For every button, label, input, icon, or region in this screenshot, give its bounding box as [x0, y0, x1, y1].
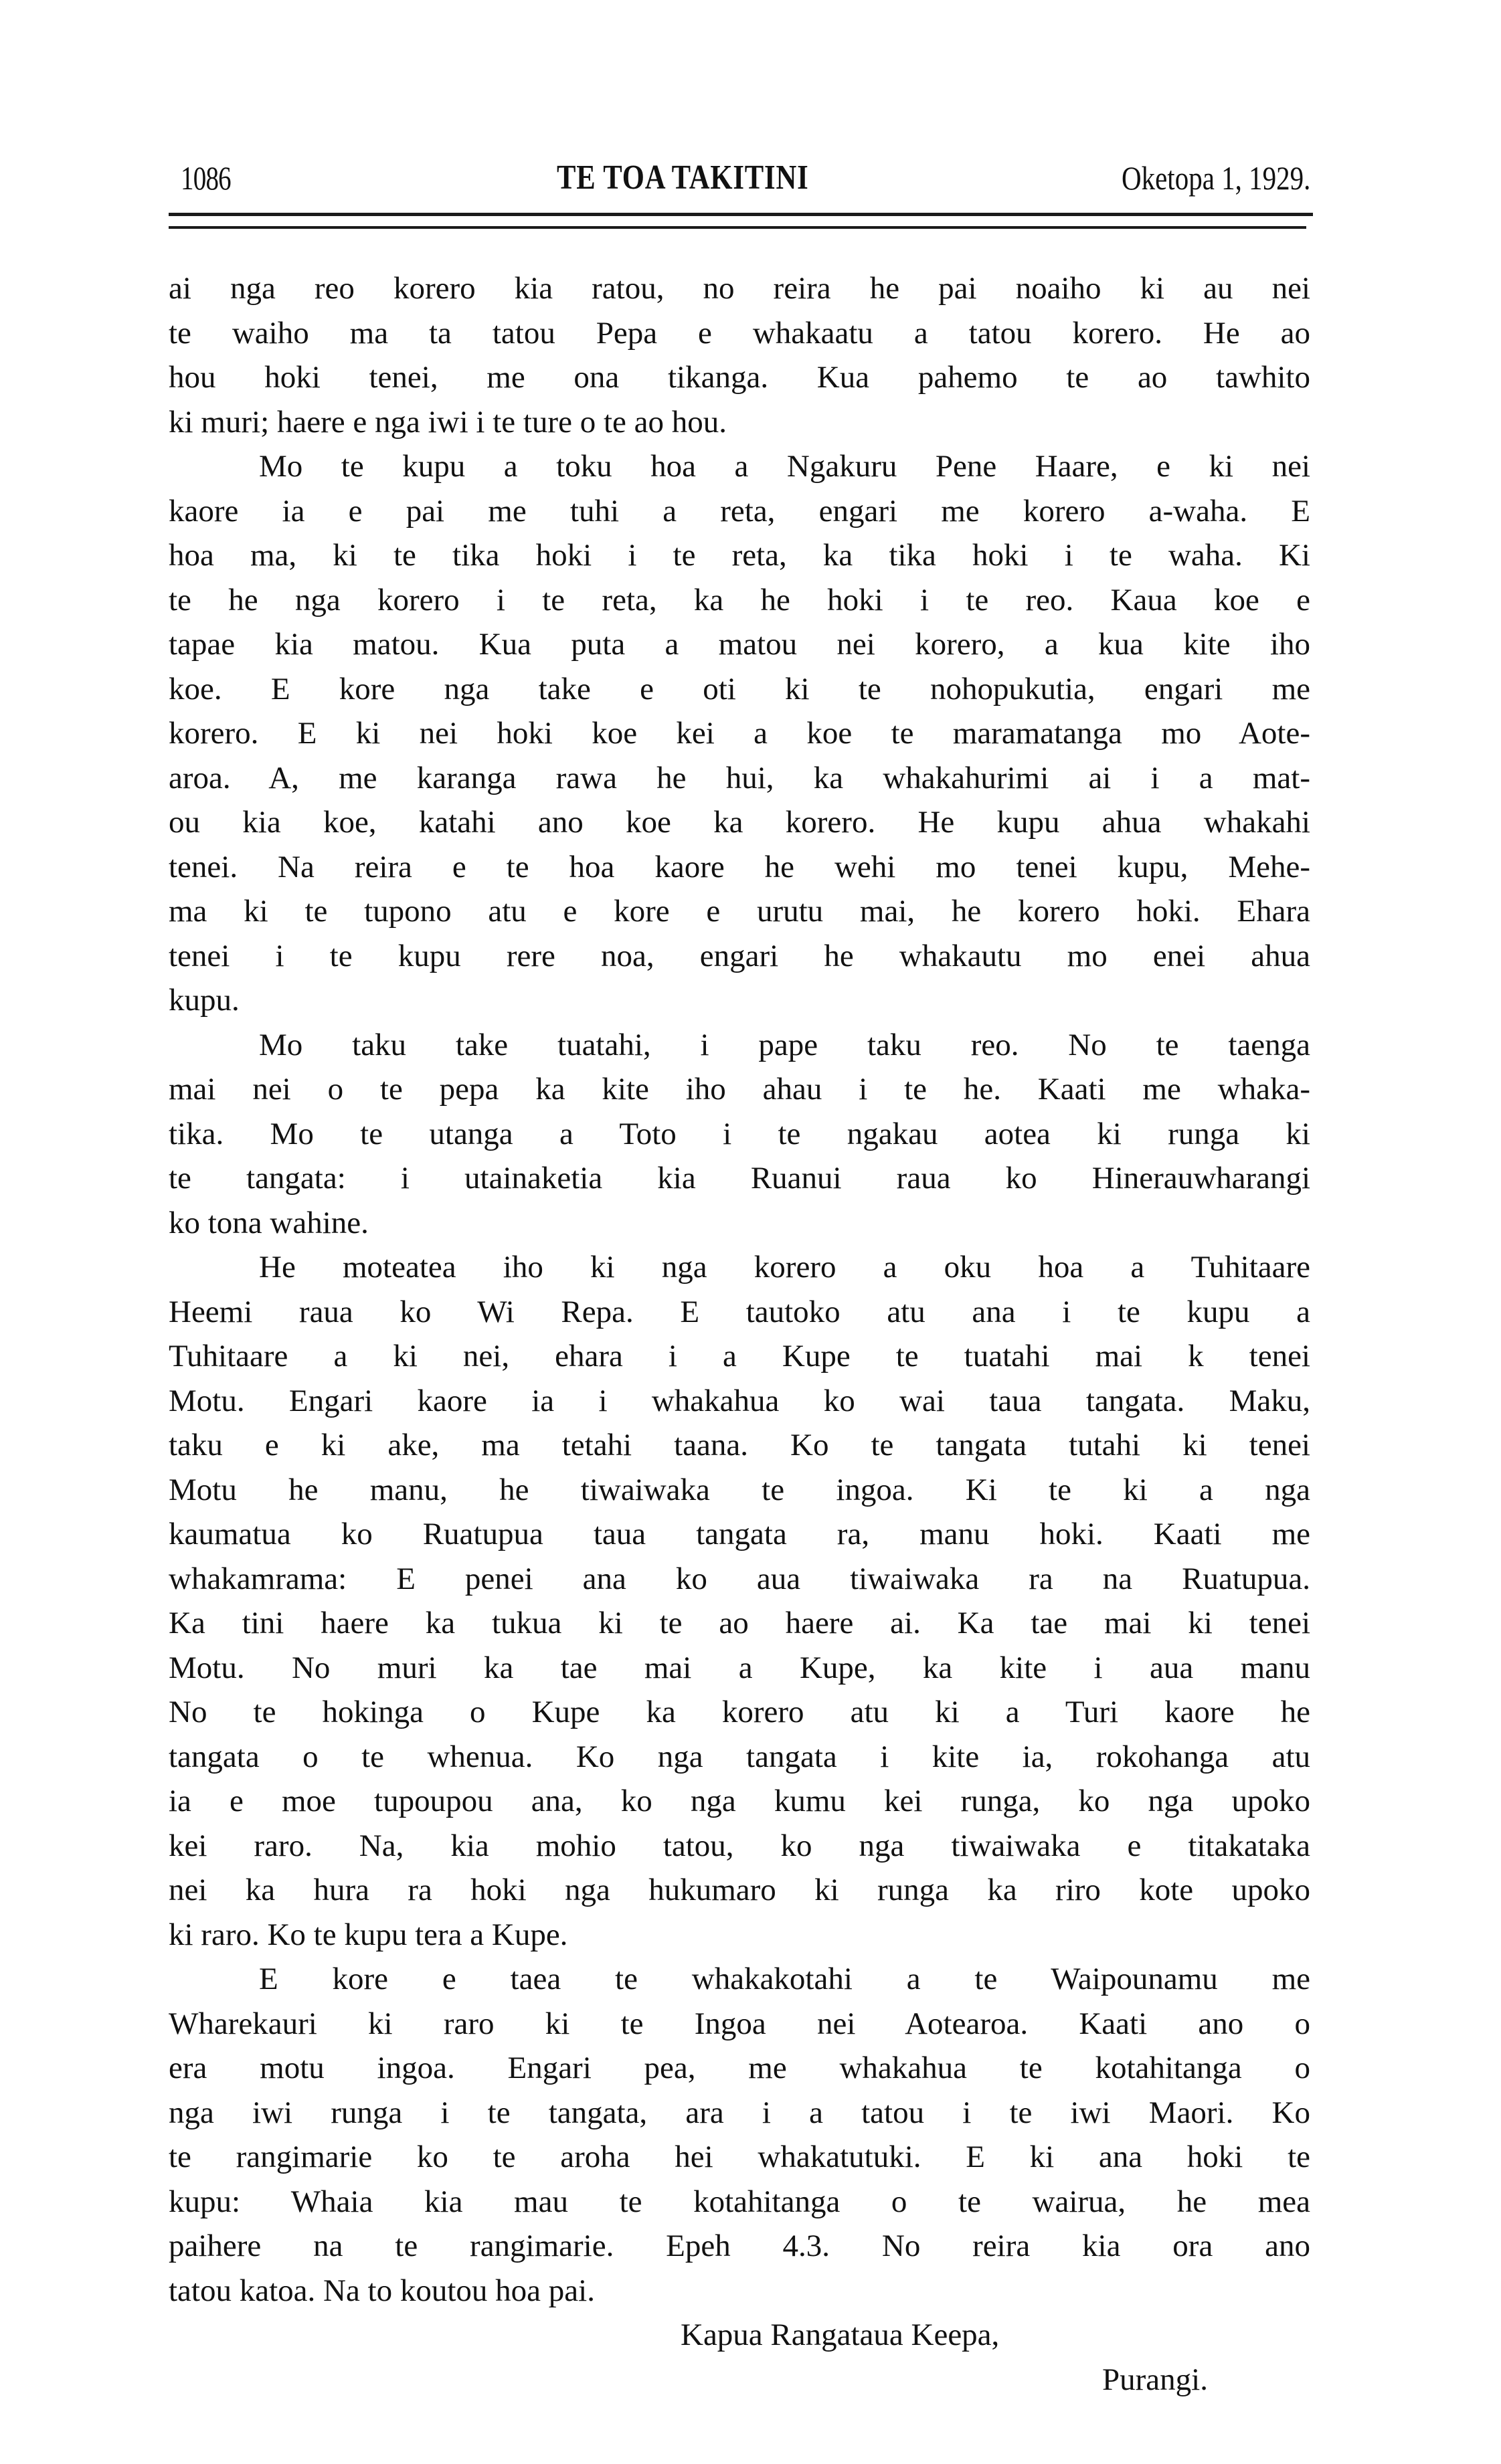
text-line: ma ki te tupono atu e kore e urutu mai, … [169, 889, 1310, 934]
text-line: kupu: Whaia kia mau te kotahitanga o te … [169, 2180, 1310, 2224]
text-line: tenei i te kupu rere noa, engari he whak… [169, 934, 1310, 979]
text-line: ki muri; haere e nga iwi i te ture o te … [169, 400, 1310, 445]
text-line: He moteatea iho ki nga korero a oku hoa … [169, 1245, 1310, 1290]
signature-place: Purangi. [169, 2358, 1310, 2402]
signature-name: Kapua Rangataua Keepa, [169, 2313, 1310, 2358]
journal-title: TE TOA TAKITINI [557, 151, 808, 205]
text-line: No te hokinga o Kupe ka korero atu ki a … [169, 1690, 1310, 1735]
text-line: paihere na te rangimarie. Epeh 4.3. No r… [169, 2224, 1310, 2269]
text-line: Motu. Engari kaore ia i whakahua ko wai … [169, 1379, 1310, 1424]
text-line: ko tona wahine. [169, 1201, 1310, 1246]
text-line: hoa ma, ki te tika hoki i te reta, ka ti… [169, 533, 1310, 578]
text-line: nga iwi runga i te tangata, ara i a tato… [169, 2091, 1310, 2136]
text-line: Ka tini haere ka tukua ki te ao haere ai… [169, 1601, 1310, 1646]
text-line: whakamrama: E penei ana ko aua tiwaiwaka… [169, 1557, 1310, 1602]
running-header: 1086 TE TOA TAKITINI Oketopa 1, 1929. [169, 147, 1310, 201]
article-body: ai nga reo korero kia ratou, no reira he… [169, 266, 1310, 2402]
text-line: korero. E ki nei hoki koe kei a koe te m… [169, 711, 1310, 756]
text-line: te tangata: i utainaketia kia Ruanui rau… [169, 1156, 1310, 1201]
page-number: 1086 [181, 151, 231, 205]
text-line: te waiho ma ta tatou Pepa e whakaatu a t… [169, 311, 1310, 356]
text-line: kei raro. Na, kia mohio tatou, ko nga ti… [169, 1824, 1310, 1869]
text-line: kupu. [169, 978, 1310, 1023]
text-line: ai nga reo korero kia ratou, no reira he… [169, 266, 1310, 311]
text-line: era motu ingoa. Engari pea, me whakahua … [169, 2046, 1310, 2091]
text-line: tangata o te whenua. Ko nga tangata i ki… [169, 1735, 1310, 1780]
text-line: koe. E kore nga take e oti ki te nohopuk… [169, 667, 1310, 712]
text-line: aroa. A, me karanga rawa he hui, ka whak… [169, 756, 1310, 801]
issue-date: Oketopa 1, 1929. [1122, 151, 1310, 205]
document-page: 1086 TE TOA TAKITINI Oketopa 1, 1929. ai… [169, 147, 1310, 201]
header-rule-top [169, 213, 1313, 216]
text-line: Wharekauri ki raro ki te Ingoa nei Aotea… [169, 2002, 1310, 2047]
text-line: Mo taku take tuatahi, i pape taku reo. N… [169, 1023, 1310, 1068]
text-line: Mo te kupu a toku hoa a Ngakuru Pene Haa… [169, 444, 1310, 489]
text-line: tapae kia matou. Kua puta a matou nei ko… [169, 622, 1310, 667]
text-line: E kore e taea te whakakotahi a te Waipou… [169, 1957, 1310, 2002]
text-line: ou kia koe, katahi ano koe ka korero. He… [169, 800, 1310, 845]
text-line: hou hoki tenei, me ona tikanga. Kua pahe… [169, 355, 1310, 400]
text-line: kaore ia e pai me tuhi a reta, engari me… [169, 489, 1310, 534]
text-line: tenei. Na reira e te hoa kaore he wehi m… [169, 845, 1310, 890]
text-line: te rangimarie ko te aroha hei whakatutuk… [169, 2135, 1310, 2180]
text-line: ia e moe tupoupou ana, ko nga kumu kei r… [169, 1779, 1310, 1824]
text-line: Motu. No muri ka tae mai a Kupe, ka kite… [169, 1646, 1310, 1691]
text-line: tika. Mo te utanga a Toto i te ngakau ao… [169, 1112, 1310, 1157]
text-line: Tuhitaare a ki nei, ehara i a Kupe te tu… [169, 1334, 1310, 1379]
text-line: tatou katoa. Na to koutou hoa pai. [169, 2269, 1310, 2313]
text-line: mai nei o te pepa ka kite iho ahau i te … [169, 1067, 1310, 1112]
text-line: kaumatua ko Ruatupua taua tangata ra, ma… [169, 1512, 1310, 1557]
text-line: Heemi raua ko Wi Repa. E tautoko atu ana… [169, 1290, 1310, 1335]
text-line: ki raro. Ko te kupu tera a Kupe. [169, 1913, 1310, 1958]
text-line: nei ka hura ra hoki nga hukumaro ki rung… [169, 1868, 1310, 1913]
text-line: Motu he manu, he tiwaiwaka te ingoa. Ki … [169, 1468, 1310, 1513]
text-line: te he nga korero i te reta, ka he hoki i… [169, 578, 1310, 623]
text-line: taku e ki ake, ma tetahi taana. Ko te ta… [169, 1423, 1310, 1468]
header-rule-bottom [169, 226, 1306, 229]
